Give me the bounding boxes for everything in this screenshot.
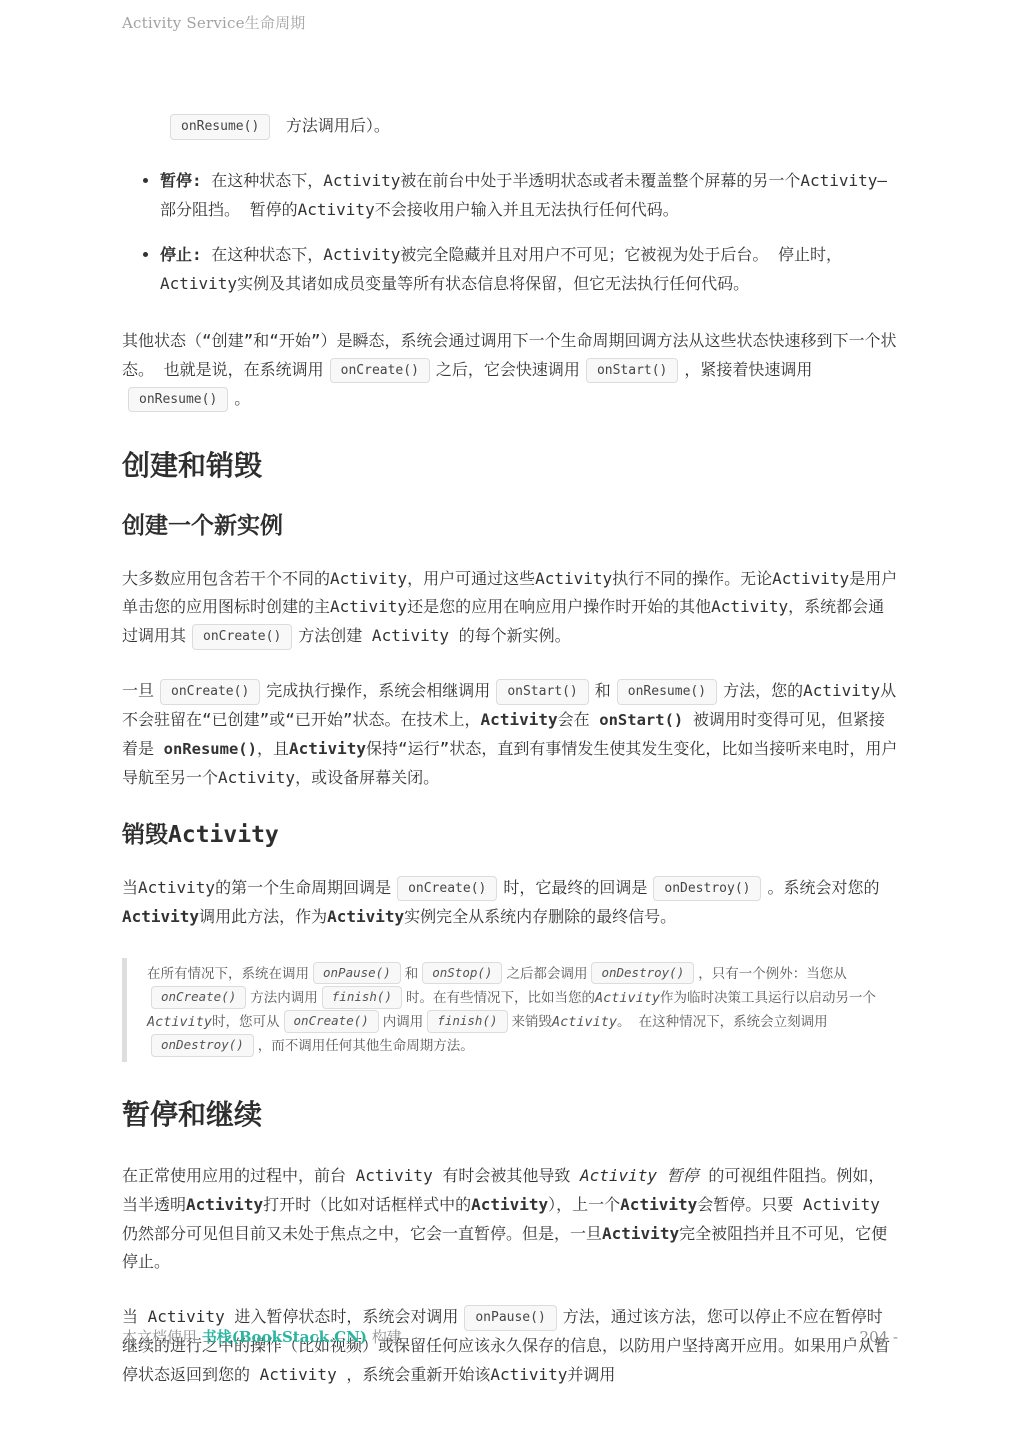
text-run: 时，您可从	[212, 1014, 280, 1030]
inline-code-badge: onCreate()	[192, 624, 292, 650]
inline-code-badge: onDestroy()	[591, 962, 694, 985]
text-run: ），上一个	[548, 1195, 620, 1214]
inline-code-badge: onPause()	[313, 962, 401, 985]
text-run: ，只有一个例外：当您从	[698, 966, 847, 982]
text-run: 方法内调用	[250, 990, 318, 1006]
section-heading: 销毁Activity	[122, 822, 898, 850]
document-header-title: Activity Service生命周期	[122, 12, 305, 33]
text-run: 时，它最终的回调是	[503, 878, 647, 897]
inline-code-badge: onStart()	[586, 358, 678, 384]
text-run: 在这种状态下，Activity被在前台中处于半透明状态或者未覆盖整个屏幕的另一个…	[160, 171, 887, 219]
text-run: 在正常使用应用的过程中，前台 Activity 有时会被其他导致	[122, 1166, 580, 1185]
inline-code-badge: onResume()	[617, 679, 717, 705]
text-run: 之后都会调用	[506, 966, 587, 982]
italic-text: 暂停	[667, 1166, 699, 1185]
inline-code-badge: onStop()	[422, 962, 502, 985]
section-heading: 暂停和继续	[122, 1098, 898, 1132]
bold-text: Activity	[602, 1224, 679, 1243]
text-run: 一旦	[122, 681, 154, 700]
inline-code-badge: onStart()	[496, 679, 588, 705]
bold-text: Activity	[471, 1195, 548, 1214]
bold-text: Activity	[122, 907, 199, 926]
text-run: 来销毁	[512, 1014, 553, 1030]
text-run: 和	[595, 681, 611, 700]
bold-text: Activity	[289, 739, 366, 758]
paragraph: onResume() 方法调用后）。	[122, 112, 898, 141]
text-run: 方法调用后）。	[276, 116, 390, 135]
footer-text-prefix: 本文档使用	[122, 1328, 202, 1346]
text-run: 内调用	[383, 1014, 424, 1030]
paragraph: 在正常使用应用的过程中，前台 Activity 有时会被其他导致 Activit…	[122, 1162, 898, 1277]
note-blockquote: 在所有情况下，系统在调用onPause()和onStop()之后都会调用onDe…	[122, 958, 898, 1063]
text-run: 作为临时决策工具运行以启动另一个	[660, 990, 876, 1006]
text-run: ，且	[257, 739, 289, 758]
bold-text: 停止:	[160, 245, 202, 264]
bullet-list: 暂停: 在这种状态下，Activity被在前台中处于半透明状态或者未覆盖整个屏幕…	[122, 167, 898, 299]
bold-text: Activity	[186, 1195, 263, 1214]
inline-code-badge: onCreate()	[151, 986, 246, 1009]
inline-code-badge: onDestroy()	[151, 1034, 254, 1057]
bold-text: Activity	[481, 710, 558, 729]
paragraph: 一旦onCreate()完成执行操作，系统会相继调用onStart()和onRe…	[122, 677, 898, 792]
text-run: 时。在有些情况下，比如当您的	[406, 990, 595, 1006]
italic-text: Activity	[147, 1014, 212, 1030]
text-run: 在所有情况下，系统在调用	[147, 966, 309, 982]
section-heading: 创建和销毁	[122, 449, 898, 483]
document-footer: 本文档使用 书栈(BookStack.CN) 构建 - 204 -	[122, 1326, 898, 1347]
document-content: onResume() 方法调用后）。暂停: 在这种状态下，Activity被在前…	[122, 112, 898, 1416]
footer-text-suffix: 构建	[367, 1328, 402, 1346]
text-run: 调用此方法，作为	[199, 907, 327, 926]
text-run: ，而不调用任何其他生命周期方法。	[258, 1038, 474, 1054]
text-run: 。 在这种情况下，系统会立刻调用	[617, 1014, 828, 1030]
page-number: - 204 -	[850, 1328, 898, 1346]
list-item: 暂停: 在这种状态下，Activity被在前台中处于半透明状态或者未覆盖整个屏幕…	[160, 167, 898, 225]
footer-brand-link[interactable]: 书栈(BookStack.CN)	[202, 1328, 367, 1346]
paragraph: 其他状态（“创建”和“开始”）是瞬态，系统会通过调用下一个生命周期回调方法从这些…	[122, 327, 898, 413]
bold-code-text: onResume()	[164, 740, 257, 758]
inline-code-badge: finish()	[427, 1010, 507, 1033]
text-run: 和	[405, 966, 419, 982]
text-run: 。	[234, 389, 250, 408]
italic-text: Activity	[595, 990, 660, 1006]
text-run: 之后，它会快速调用	[436, 360, 580, 379]
inline-code-badge: finish()	[322, 986, 402, 1009]
text-run: 方法创建 Activity 的每个新实例。	[298, 626, 570, 645]
italic-text: Activity	[580, 1166, 657, 1185]
inline-code-badge: onResume()	[170, 114, 270, 140]
text-run: 实例完全从系统内存删除的最终信号。	[404, 907, 676, 926]
bold-text: Activity	[620, 1195, 697, 1214]
paragraph: 当Activity的第一个生命周期回调是onCreate()时，它最终的回调是o…	[122, 874, 898, 932]
inline-code-badge: onCreate()	[397, 876, 497, 902]
inline-code-badge: onResume()	[128, 387, 228, 413]
bold-text: 暂停:	[160, 171, 202, 190]
text-run: 完成执行操作，系统会相继调用	[266, 681, 490, 700]
text-run: 在这种状态下，Activity被完全隐藏并且对用户不可见；它被视为处于后台。 停…	[160, 245, 842, 293]
inline-code-badge: onCreate()	[330, 358, 430, 384]
inline-code-badge: onCreate()	[284, 1010, 379, 1033]
text-run	[657, 1166, 667, 1185]
text-run: 。系统会对您的	[767, 878, 879, 897]
paragraph: 大多数应用包含若干个不同的Activity，用户可通过这些Activity执行不…	[122, 565, 898, 651]
text-run: 会在	[558, 710, 600, 729]
section-heading: 创建一个新实例	[122, 513, 898, 541]
inline-code-badge: onDestroy()	[653, 876, 761, 902]
text-run: 打开时（比如对话框样式中的	[263, 1195, 471, 1214]
bold-code-text: onStart()	[599, 711, 683, 729]
footer-build-note: 本文档使用 书栈(BookStack.CN) 构建	[122, 1326, 402, 1347]
bold-text: Activity	[327, 907, 404, 926]
text-run: 当Activity的第一个生命周期回调是	[122, 878, 391, 897]
list-item: 停止: 在这种状态下，Activity被完全隐藏并且对用户不可见；它被视为处于后…	[160, 241, 898, 299]
text-run: 当 Activity 进入暂停状态时，系统会对调用	[122, 1307, 458, 1326]
text-run: ，紧接着快速调用	[684, 360, 812, 379]
italic-text: Activity	[552, 1014, 617, 1030]
inline-code-badge: onCreate()	[160, 679, 260, 705]
